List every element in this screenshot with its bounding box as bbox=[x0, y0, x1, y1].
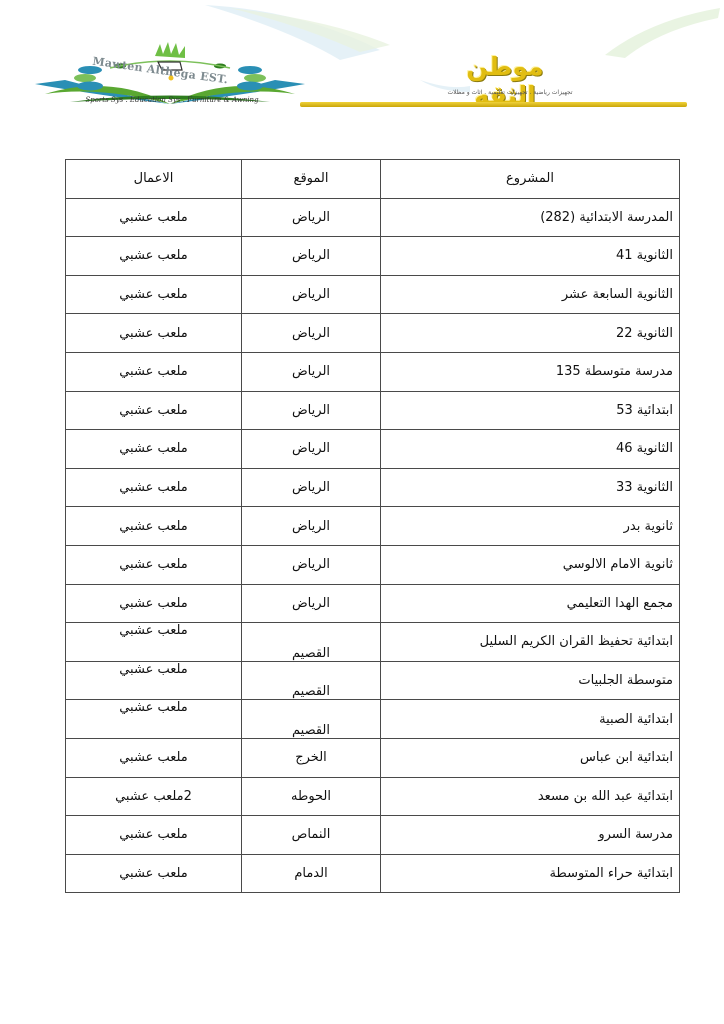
table-row: ابتدائية ابن عباس الخرج ملعب عشبي bbox=[66, 738, 680, 777]
column-header-location: الموقع bbox=[242, 160, 381, 199]
cell-works: ملعب عشبي bbox=[66, 391, 242, 430]
cell-location: القصيم bbox=[242, 661, 381, 700]
cell-location: الرياض bbox=[242, 314, 381, 353]
letterhead: Mawten Althega EST. Sports Sys . Educati… bbox=[0, 0, 724, 130]
cell-project: ابتدائية عبد الله بن مسعد bbox=[381, 777, 680, 816]
cell-location: الرياض bbox=[242, 391, 381, 430]
table-row: المدرسة الابتدائية (282) الرياض ملعب عشب… bbox=[66, 198, 680, 237]
table-row: متوسطة الجلبيات القصيم ملعب عشبي bbox=[66, 661, 680, 700]
cell-project: الثانوية السابعة عشر bbox=[381, 275, 680, 314]
cell-location: الرياض bbox=[242, 237, 381, 276]
cell-location: الرياض bbox=[242, 584, 381, 623]
cell-location: الرياض bbox=[242, 198, 381, 237]
cell-works: ملعب عشبي bbox=[66, 352, 242, 391]
table-header-row: المشروع الموقع الاعمال bbox=[66, 160, 680, 199]
cell-location: الرياض bbox=[242, 468, 381, 507]
table-row: مدرسة السرو النماص ملعب عشبي bbox=[66, 816, 680, 855]
cell-location: النماص bbox=[242, 816, 381, 855]
cell-project: المدرسة الابتدائية (282) bbox=[381, 198, 680, 237]
projects-table: المشروع الموقع الاعمال المدرسة الابتدائي… bbox=[65, 159, 680, 893]
cell-works: ملعب عشبي bbox=[66, 623, 242, 662]
table-row: الثانوية 41 الرياض ملعب عشبي bbox=[66, 237, 680, 276]
table-row: الثانوية 33 الرياض ملعب عشبي bbox=[66, 468, 680, 507]
cell-works: ملعب عشبي bbox=[66, 738, 242, 777]
cell-location: الرياض bbox=[242, 275, 381, 314]
cell-works: ملعب عشبي bbox=[66, 237, 242, 276]
cell-project: الثانوية 41 bbox=[381, 237, 680, 276]
cell-location: الحوطه bbox=[242, 777, 381, 816]
cell-project: ثانوية بدر bbox=[381, 507, 680, 546]
table-row: الثانوية 46 الرياض ملعب عشبي bbox=[66, 430, 680, 469]
cell-works: ملعب عشبي bbox=[66, 507, 242, 546]
cell-project: ثانوية الامام الالوسي bbox=[381, 545, 680, 584]
table-row: الثانوية السابعة عشر الرياض ملعب عشبي bbox=[66, 275, 680, 314]
cell-project: ابتدائية حراء المتوسطة bbox=[381, 854, 680, 893]
cell-works: ملعب عشبي bbox=[66, 468, 242, 507]
table-row: ابتدائية 53 الرياض ملعب عشبي bbox=[66, 391, 680, 430]
cell-project: ابتدائية تحفيظ القران الكريم السليل bbox=[381, 623, 680, 662]
cell-project: ابتدائية 53 bbox=[381, 391, 680, 430]
cell-works: ملعب عشبي bbox=[66, 700, 242, 739]
table-row: ثانوية الامام الالوسي الرياض ملعب عشبي bbox=[66, 545, 680, 584]
cell-project: الثانوية 46 bbox=[381, 430, 680, 469]
table-row: ابتدائية تحفيظ القران الكريم السليل القص… bbox=[66, 623, 680, 662]
header-divider-bar bbox=[300, 102, 687, 107]
cell-location: الرياض bbox=[242, 507, 381, 546]
cell-project: مدرسة السرو bbox=[381, 816, 680, 855]
cell-project: مجمع الهدا التعليمي bbox=[381, 584, 680, 623]
cell-works: 2ملعب عشبي bbox=[66, 777, 242, 816]
table-row: ابتدائية الصبية القصيم ملعب عشبي bbox=[66, 700, 680, 739]
table-row: ثانوية بدر الرياض ملعب عشبي bbox=[66, 507, 680, 546]
column-header-project: المشروع bbox=[381, 160, 680, 199]
cell-location: الرياض bbox=[242, 545, 381, 584]
table-row: مدرسة متوسطة 135 الرياض ملعب عشبي bbox=[66, 352, 680, 391]
cell-location: الخرج bbox=[242, 738, 381, 777]
cell-project: ابتدائية ابن عباس bbox=[381, 738, 680, 777]
brand-subtitle-arabic: تجهيزات رياضية . تجهيزات تعليمية . اثاث … bbox=[420, 89, 600, 96]
cell-works: ملعب عشبي bbox=[66, 661, 242, 700]
table-row: ابتدائية حراء المتوسطة الدمام ملعب عشبي bbox=[66, 854, 680, 893]
cell-location: القصيم bbox=[242, 623, 381, 662]
cell-works: ملعب عشبي bbox=[66, 275, 242, 314]
cell-works: ملعب عشبي bbox=[66, 314, 242, 353]
cell-location: الرياض bbox=[242, 430, 381, 469]
column-header-works: الاعمال bbox=[66, 160, 242, 199]
logo-tagline: Sports Sys . Education Sys . Furniture &… bbox=[62, 96, 282, 104]
cell-location: القصيم bbox=[242, 700, 381, 739]
cell-location: الرياض bbox=[242, 352, 381, 391]
cell-works: ملعب عشبي bbox=[66, 816, 242, 855]
cell-works: ملعب عشبي bbox=[66, 545, 242, 584]
table-row: الثانوية 22 الرياض ملعب عشبي bbox=[66, 314, 680, 353]
cell-location: الدمام bbox=[242, 854, 381, 893]
cell-works: ملعب عشبي bbox=[66, 584, 242, 623]
cell-project: متوسطة الجلبيات bbox=[381, 661, 680, 700]
table-row: مجمع الهدا التعليمي الرياض ملعب عشبي bbox=[66, 584, 680, 623]
cell-works: ملعب عشبي bbox=[66, 854, 242, 893]
cell-works: ملعب عشبي bbox=[66, 198, 242, 237]
cell-works: ملعب عشبي bbox=[66, 430, 242, 469]
table-row: ابتدائية عبد الله بن مسعد الحوطه 2ملعب ع… bbox=[66, 777, 680, 816]
cell-project: الثانوية 33 bbox=[381, 468, 680, 507]
cell-project: الثانوية 22 bbox=[381, 314, 680, 353]
cell-project: ابتدائية الصبية bbox=[381, 700, 680, 739]
cell-project: مدرسة متوسطة 135 bbox=[381, 352, 680, 391]
